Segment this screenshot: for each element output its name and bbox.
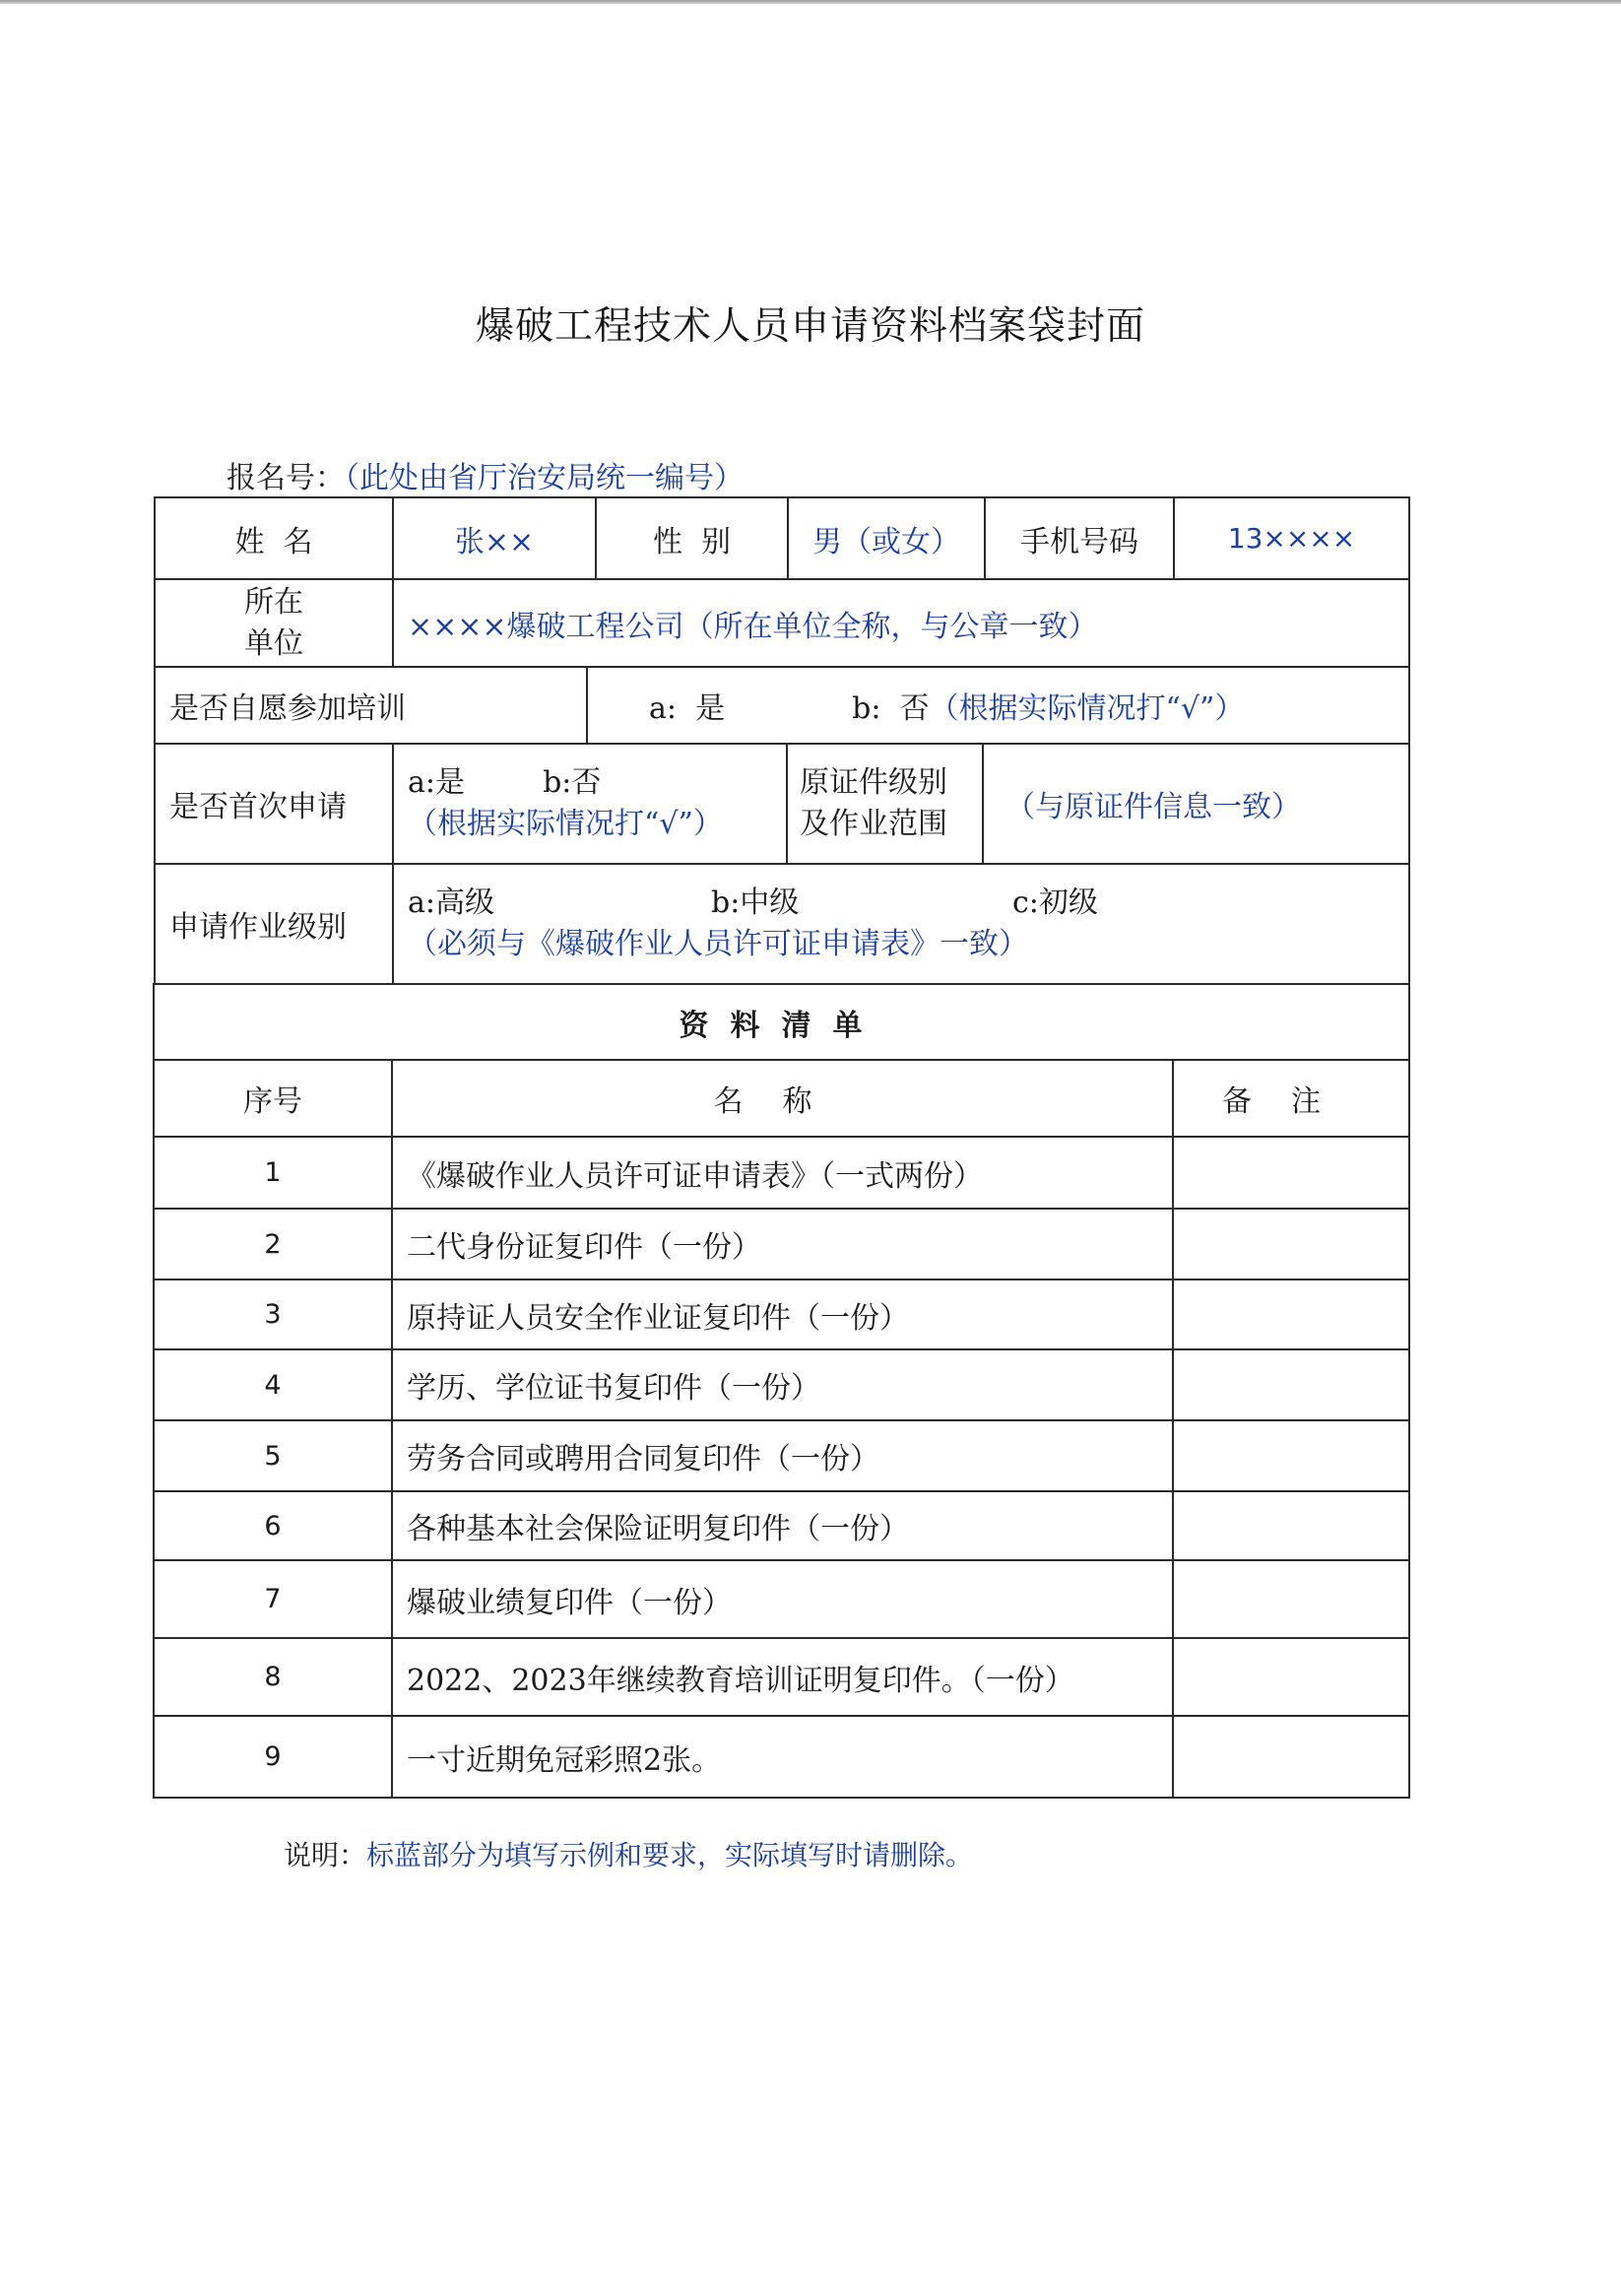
table-row: 8 2022、2023年继续教育培训证明复印件。（一份） (154, 1638, 1409, 1716)
first-apply-label: 是否首次申请 (155, 744, 393, 864)
unit-field[interactable]: ××××爆破工程公司（所在单位全称，与公章一致） (393, 579, 1409, 667)
registration-number: 报名号：（此处由省厅治安局统一编号） (227, 453, 744, 496)
item-index: 3 (154, 1279, 392, 1349)
item-name: 爆破业绩复印件（一份） (392, 1560, 1173, 1638)
level-label: 申请作业级别 (155, 864, 393, 984)
first-apply-option-row: a:是 b:否 (408, 762, 786, 804)
item-remarks[interactable] (1173, 1209, 1409, 1279)
checklist-table: 资料清单 序号 名称 备注 1 《爆破作业人员许可证申请表》（一式两份） 2 二… (153, 983, 1410, 1799)
item-name: 劳务合同或聘用合同复印件（一份） (392, 1420, 1173, 1491)
checklist-title: 资料清单 (154, 984, 1409, 1060)
level-options: a:高级b:中级c:初级 （必须与《爆破作业人员许可证申请表》一致） (393, 864, 1409, 984)
table-row: 7 爆破业绩复印件（一份） (154, 1560, 1409, 1638)
item-remarks[interactable] (1173, 1349, 1409, 1420)
level-option-row: a:高级b:中级c:初级 (408, 883, 1408, 924)
checklist-title-text: 资料清单 (680, 1009, 884, 1043)
original-cert-label-line1: 原证件级别 (800, 762, 982, 804)
gender-label: 性 别 (596, 497, 788, 579)
first-apply-option-b[interactable]: b:否 (543, 765, 601, 800)
table-row: 1 《爆破作业人员许可证申请表》（一式两份） (154, 1137, 1409, 1209)
checklist-header-row: 序号 名称 备注 (154, 1060, 1409, 1137)
item-remarks[interactable] (1173, 1716, 1409, 1798)
first-apply-hint: （根据实际情况打“√”） (408, 804, 786, 845)
checklist-title-row: 资料清单 (154, 984, 1409, 1060)
header-index: 序号 (154, 1060, 392, 1137)
original-cert-label: 原证件级别 及作业范围 (787, 744, 983, 864)
item-remarks[interactable] (1173, 1491, 1409, 1560)
training-option-a[interactable]: a: 是 (649, 691, 725, 726)
training-option-b[interactable]: b: 否 (852, 691, 929, 726)
item-index: 8 (154, 1638, 392, 1716)
table-row: 2 二代身份证复印件（一份） (154, 1209, 1409, 1279)
row-level: 申请作业级别 a:高级b:中级c:初级 （必须与《爆破作业人员许可证申请表》一致… (155, 864, 1409, 984)
row-unit: 所在 单位 ××××爆破工程公司（所在单位全称，与公章一致） (155, 579, 1409, 667)
first-apply-option-a[interactable]: a:是 (408, 765, 465, 800)
level-option-b[interactable]: b:中级 (711, 883, 1012, 924)
row-training: 是否自愿参加培训 a: 是 b: 否（根据实际情况打“√”） (155, 667, 1409, 744)
item-index: 2 (154, 1209, 392, 1279)
item-name: 各种基本社会保险证明复印件（一份） (392, 1491, 1173, 1560)
item-remarks[interactable] (1173, 1420, 1409, 1491)
document-title: 爆破工程技术人员申请资料档案袋封面 (0, 295, 1621, 351)
item-name: 《爆破作业人员许可证申请表》（一式两份） (392, 1137, 1173, 1209)
unit-label-line1: 所在 (156, 582, 392, 623)
level-option-c[interactable]: c:初级 (1012, 886, 1098, 920)
registration-value: （此处由省厅治安局统一编号） (345, 461, 744, 495)
item-remarks[interactable] (1173, 1137, 1409, 1209)
applicant-info-table: 姓 名 张×× 性 别 男（或女） 手机号码 13×××× 所在 单位 ××××… (154, 496, 1410, 668)
name-label: 姓 名 (155, 497, 393, 579)
item-index: 1 (154, 1137, 392, 1209)
item-name: 学历、学位证书复印件（一份） (392, 1349, 1173, 1420)
item-index: 6 (154, 1491, 392, 1560)
header-name: 名称 (392, 1060, 1173, 1137)
table-row: 6 各种基本社会保险证明复印件（一份） (154, 1491, 1409, 1560)
footnote-text: 标蓝部分为填写示例和要求，实际填写时请删除。 (366, 1839, 973, 1871)
item-index: 9 (154, 1716, 392, 1798)
header-name-text: 名称 (714, 1084, 852, 1119)
item-index: 7 (154, 1560, 392, 1638)
footnote-label: 说明： (284, 1839, 366, 1871)
level-option-a[interactable]: a:高级 (408, 883, 711, 924)
table-row: 3 原持证人员安全作业证复印件（一份） (154, 1279, 1409, 1349)
item-index: 4 (154, 1349, 392, 1420)
table-row: 9 一寸近期免冠彩照2张。 (154, 1716, 1409, 1798)
item-name: 一寸近期免冠彩照2张。 (392, 1716, 1173, 1798)
row-first-apply: 是否首次申请 a:是 b:否 （根据实际情况打“√”） 原证件级别 及作业范围 … (155, 744, 1409, 864)
original-cert-field[interactable]: （与原证件信息一致） (983, 744, 1409, 864)
item-remarks[interactable] (1173, 1638, 1409, 1716)
original-cert-label-line2: 及作业范围 (800, 804, 982, 845)
header-remarks-text: 备注 (1222, 1084, 1360, 1119)
row-name-gender-phone: 姓 名 张×× 性 别 男（或女） 手机号码 13×××× (155, 497, 1409, 579)
training-hint: （根据实际情况打“√”） (930, 691, 1245, 726)
training-options: a: 是 b: 否（根据实际情况打“√”） (587, 667, 1409, 744)
table-row: 4 学历、学位证书复印件（一份） (154, 1349, 1409, 1420)
first-apply-table: 是否首次申请 a:是 b:否 （根据实际情况打“√”） 原证件级别 及作业范围 … (154, 743, 1410, 985)
first-apply-options: a:是 b:否 （根据实际情况打“√”） (393, 744, 787, 864)
registration-label: 报名号： (227, 461, 345, 495)
item-name: 原持证人员安全作业证复印件（一份） (392, 1279, 1173, 1349)
footnote: 说明：标蓝部分为填写示例和要求，实际填写时请删除。 (284, 1834, 973, 1873)
phone-field[interactable]: 13×××× (1174, 497, 1409, 579)
item-index: 5 (154, 1420, 392, 1491)
name-field[interactable]: 张×× (393, 497, 596, 579)
item-name: 二代身份证复印件（一份） (392, 1209, 1173, 1279)
level-hint: （必须与《爆破作业人员许可证申请表》一致） (408, 924, 1408, 965)
item-remarks[interactable] (1173, 1560, 1409, 1638)
table-row: 5 劳务合同或聘用合同复印件（一份） (154, 1420, 1409, 1491)
gender-field[interactable]: 男（或女） (788, 497, 985, 579)
scan-edge (0, 0, 1621, 4)
training-label: 是否自愿参加培训 (155, 667, 587, 744)
training-table: 是否自愿参加培训 a: 是 b: 否（根据实际情况打“√”） (154, 666, 1410, 745)
item-remarks[interactable] (1173, 1279, 1409, 1349)
item-name: 2022、2023年继续教育培训证明复印件。（一份） (392, 1638, 1173, 1716)
unit-label-line2: 单位 (156, 623, 392, 665)
phone-label: 手机号码 (985, 497, 1174, 579)
unit-label: 所在 单位 (155, 579, 393, 667)
header-remarks: 备注 (1173, 1060, 1409, 1137)
